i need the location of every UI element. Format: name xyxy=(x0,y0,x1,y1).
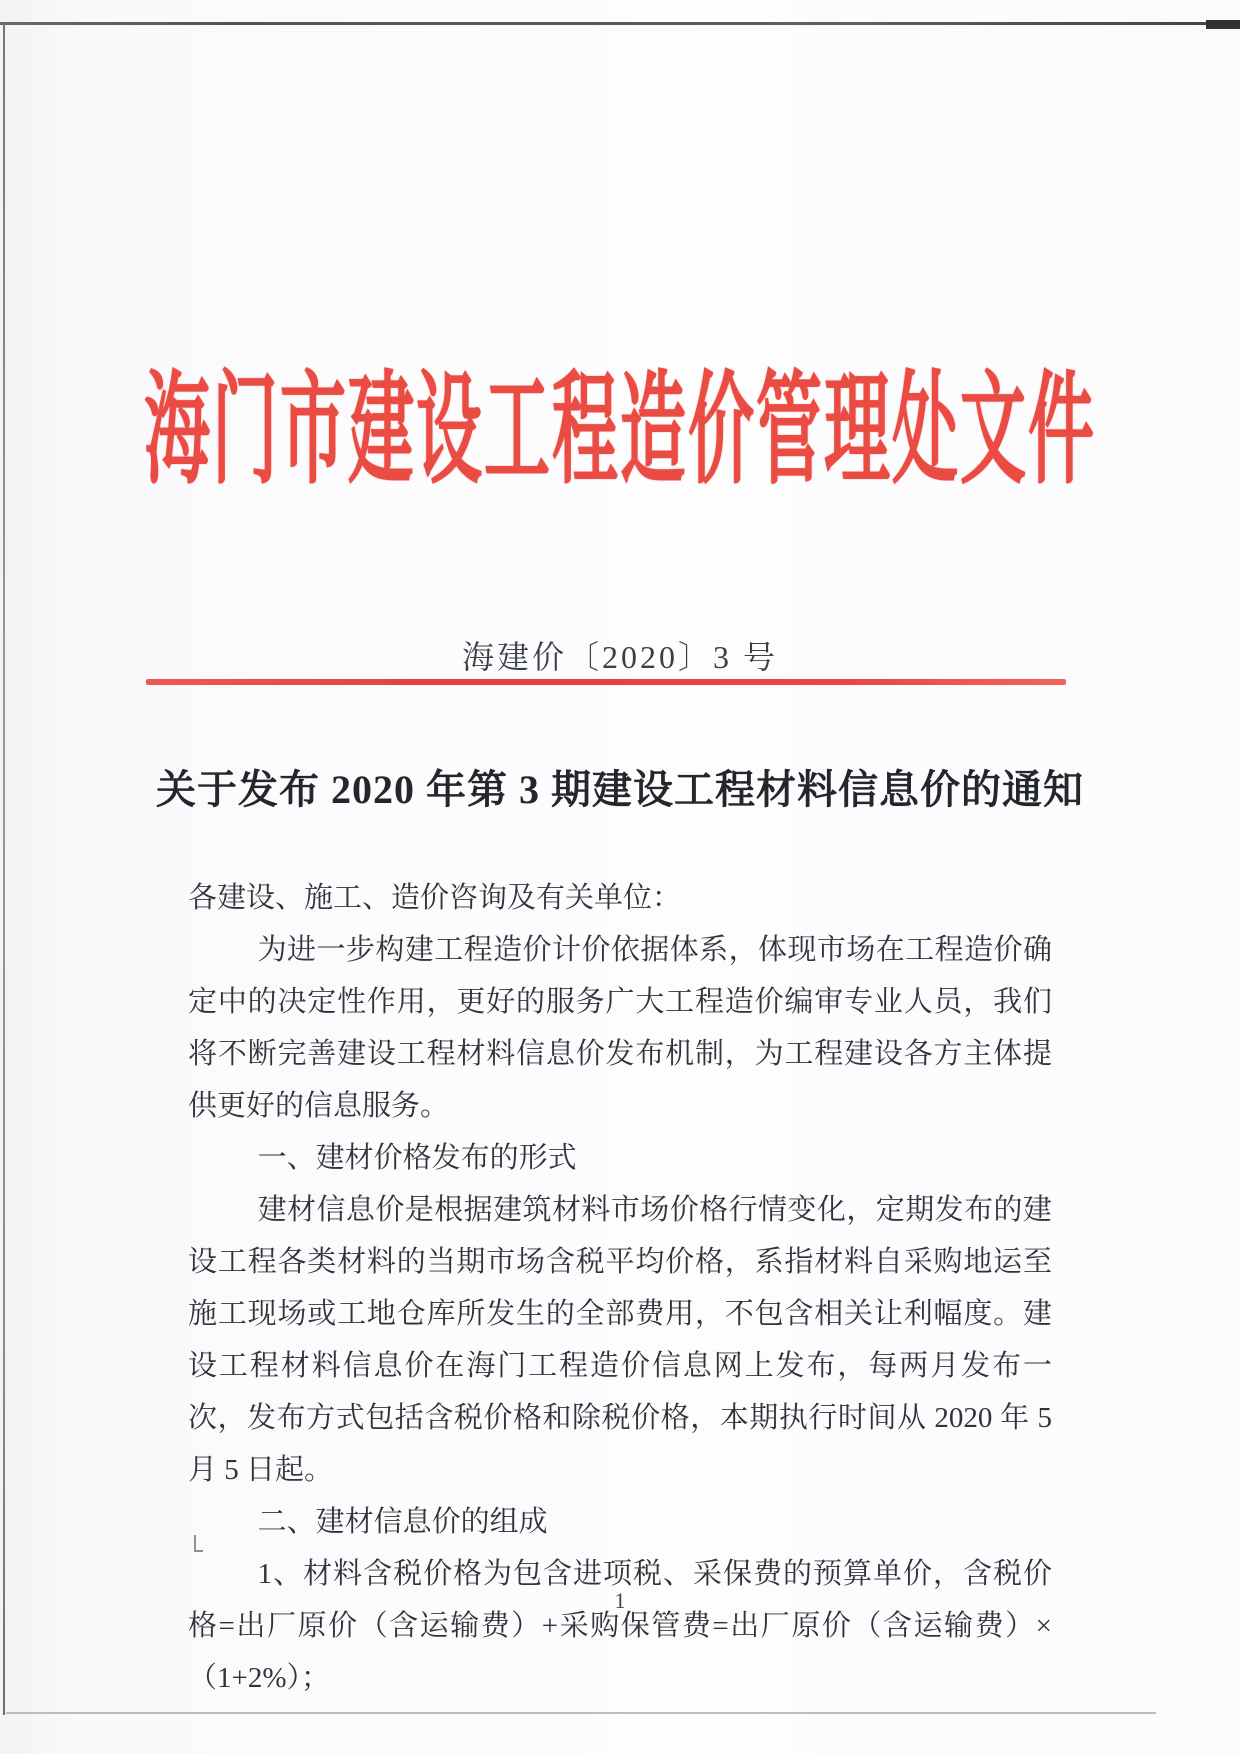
paragraph-price-publishing: 建材信息价是根据建筑材料市场价格行情变化，定期发布的建设工程各类材料的当期市场含… xyxy=(188,1184,1052,1496)
paragraph-salutation: 各建设、施工、造价咨询及有关单位： xyxy=(188,872,1052,924)
document-body: 各建设、施工、造价咨询及有关单位： 为进一步构建工程造价计价依据体系，体现市场在… xyxy=(188,872,1052,1704)
scan-edge-top-right-mark xyxy=(1206,20,1240,29)
paragraph-price-composition: 1、材料含税价格为包含进项税、采保费的预算单价，含税价格=出厂原价（含运输费）+… xyxy=(188,1548,1052,1704)
section-heading-2: 二、建材信息价的组成 xyxy=(188,1496,1052,1548)
notice-title: 关于发布 2020 年第 3 期建设工程材料信息价的通知 xyxy=(70,758,1170,815)
paragraph-intro: 为进一步构建工程造价计价依据体系，体现市场在工程造价确定中的决定性作用，更好的服… xyxy=(188,924,1052,1132)
masthead-title: 海门市建设工程造价管理处文件 xyxy=(144,331,1096,507)
document-number: 海建价〔2020〕3 号 xyxy=(0,632,1240,678)
red-separator-rule xyxy=(146,679,1066,685)
page-number: 1 xyxy=(0,1588,1240,1614)
scan-edge-bottom-line xyxy=(6,1712,1156,1714)
section-heading-1: 一、建材价格发布的形式 xyxy=(188,1132,1052,1184)
document-masthead: 海门市建设工程造价管理处文件 xyxy=(0,350,1240,488)
scan-edge-top-line xyxy=(0,22,1240,25)
scanned-document-page: 海门市建设工程造价管理处文件 海建价〔2020〕3 号 关于发布 2020 年第… xyxy=(0,0,1240,1754)
scan-edge-left-line xyxy=(3,23,5,1715)
